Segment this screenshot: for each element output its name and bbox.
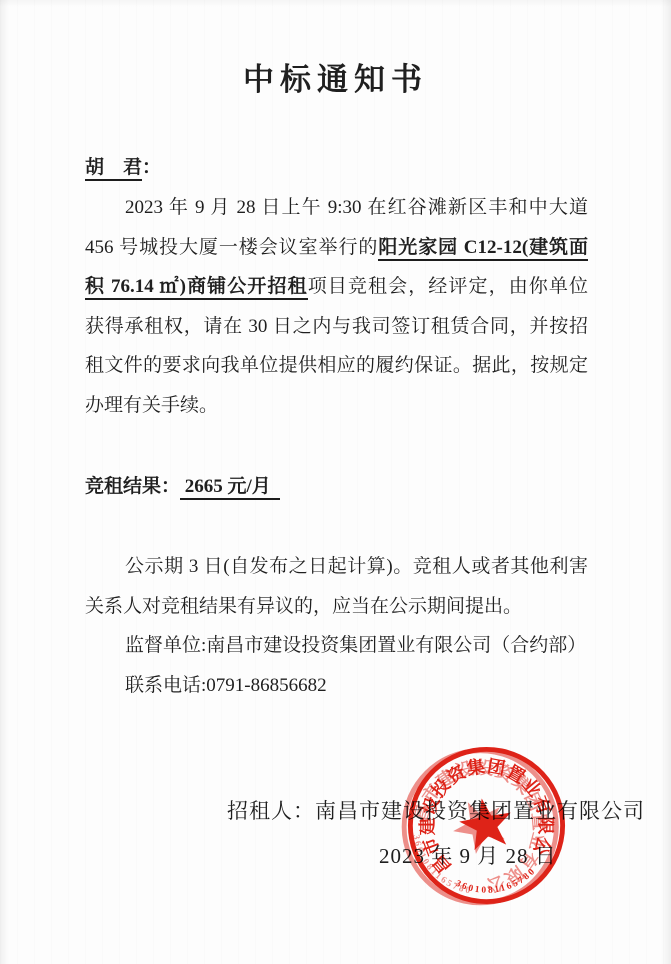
document-page: 中标通知书 胡 君： 2023 年 9 月 28 日上午 9:30 在红谷滩新区… — [0, 0, 671, 964]
addressee-line: 胡 君： — [85, 148, 588, 188]
text-segment: 租文件的要求向我单位提供相应的履约保证。据此，按规定 — [85, 355, 588, 376]
body-paragraph-publicity: 公示期 3 日(自发布之日起计算)。竞租人或者其他利害关系人对竞租结果有异议的，… — [85, 547, 588, 705]
text-line: 办理有关手续。 — [85, 386, 588, 426]
text-segment: 关系人对竞租结果有异议的，应当在公示期间提出。 — [85, 596, 522, 617]
text-line: 公示期 3 日(自发布之日起计算)。竞租人或者其他利害 — [85, 547, 588, 587]
text-segment: ： — [142, 157, 161, 178]
text-segment: 公示期 3 日(自发布之日起计算)。竞租人或者其他利害 — [125, 556, 588, 577]
bid-result-line: 竞租结果： 2665 元/月 — [85, 467, 588, 507]
text-line: 竞租结果： 2665 元/月 — [85, 467, 588, 507]
text-segment: 获得承租权，请在 30 日之内与我司签订租赁合同，并按招 — [85, 316, 588, 337]
text-line: 关系人对竞租结果有异议的，应当在公示期间提出。 — [85, 587, 588, 627]
text-segment: 2023 年 9 月 28 日上午 9:30 在红谷滩新区丰和中大道 — [125, 197, 588, 218]
text-segment: 积 76.14 ㎡)商铺公开招租 — [85, 276, 308, 300]
text-segment: 胡 君 — [85, 157, 142, 181]
text-line: 456 号城投大厦一楼会议室举行的阳光家园 C12-12(建筑面 — [85, 228, 588, 268]
text-line: 胡 君： — [85, 148, 588, 188]
text-segment: 办理有关手续。 — [85, 395, 218, 416]
text-line: 积 76.14 ㎡)商铺公开招租项目竞租会，经评定，由你单位 — [85, 267, 588, 307]
seal-star-icon — [456, 794, 516, 852]
text-segment: 联系电话:0791-86856682 — [125, 675, 327, 696]
text-segment: 阳光家园 C12-12(建筑面 — [378, 237, 588, 261]
text-segment: 2665 元/月 — [180, 476, 280, 500]
text-segment: 监督单位:南昌市建设投资集团置业有限公司（合约部） — [125, 635, 586, 656]
text-line: 获得承租权，请在 30 日之内与我司签订租赁合同，并按招 — [85, 307, 588, 347]
notice-title: 中标通知书 — [0, 58, 671, 102]
text-segment: 456 号城投大厦一楼会议室举行的 — [85, 237, 378, 258]
text-line: 租文件的要求向我单位提供相应的履约保证。据此，按规定 — [85, 346, 588, 386]
text-line: 2023 年 9 月 28 日上午 9:30 在红谷滩新区丰和中大道 — [85, 188, 588, 228]
text-segment: 项目竞租会，经评定，由你单位 — [308, 276, 588, 297]
text-line: 联系电话:0791-86856682 — [85, 666, 588, 706]
body-paragraph-main: 2023 年 9 月 28 日上午 9:30 在红谷滩新区丰和中大道456 号城… — [85, 188, 588, 425]
text-segment: 竞租结果： — [85, 476, 180, 497]
text-line: 监督单位:南昌市建设投资集团置业有限公司（合约部） — [85, 626, 588, 666]
official-seal: 南昌市建设投资集团置业有限公司 3601081165780 — [398, 737, 575, 914]
